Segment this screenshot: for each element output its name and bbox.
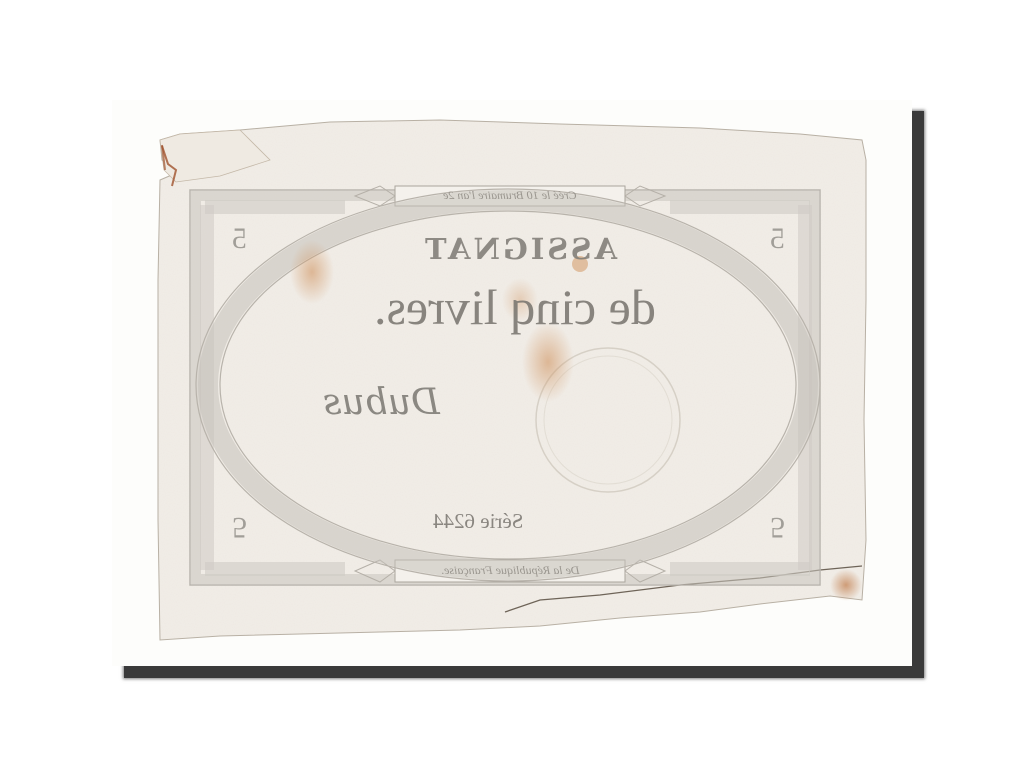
corner-numeral-br: 5 [770, 510, 785, 544]
top-band-text: Créé le 10 Brumaire l'an 2e [398, 188, 622, 203]
banknote-title: ASSIGNAT [370, 232, 670, 266]
banknote [0, 0, 1024, 768]
serie-number: Série 6244 [408, 509, 548, 534]
signature: Dubus [296, 382, 466, 423]
corner-numeral-tr: 5 [770, 222, 785, 256]
bottom-band-text: De la République Française. [398, 563, 622, 578]
denomination-text: de cinq livres. [320, 278, 710, 336]
corner-numeral-bl: 5 [232, 510, 247, 544]
corner-numeral-tl: 5 [232, 222, 247, 256]
